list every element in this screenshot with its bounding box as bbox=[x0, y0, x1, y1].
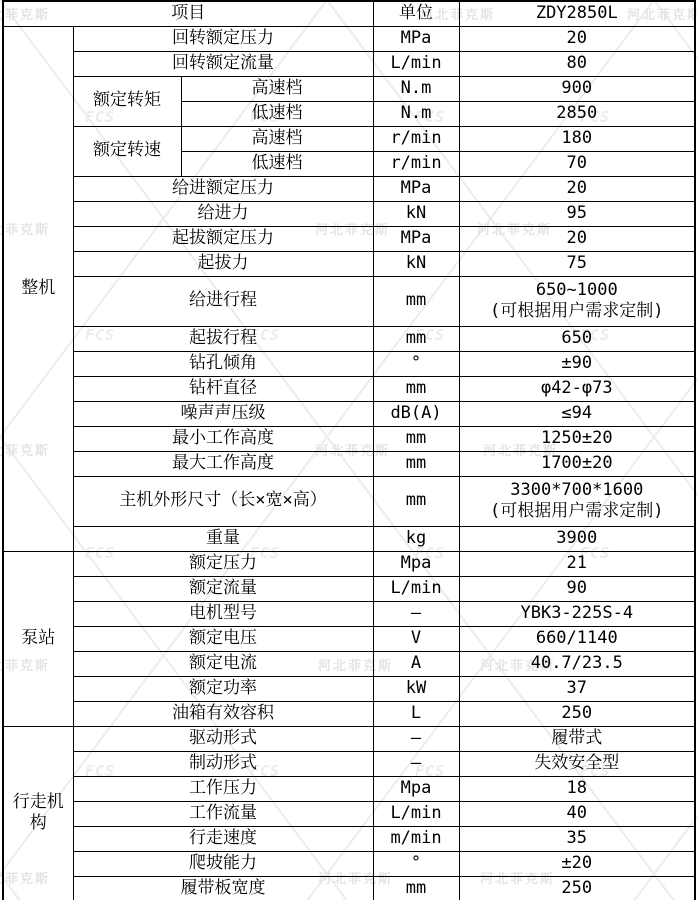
sub-item-label: 额定转矩 bbox=[73, 76, 181, 126]
item-cell: 高速档 bbox=[181, 126, 373, 151]
unit-cell: — bbox=[373, 751, 459, 776]
table-row: 主机外形尺寸（长×宽×高） mm 3300*700*1600 (可根据用户需求定… bbox=[3, 476, 695, 526]
value-cell: φ42-φ73 bbox=[459, 376, 695, 401]
table-row: 电机型号 — YBK3-225S-4 bbox=[3, 601, 695, 626]
item-cell: 给进行程 bbox=[73, 276, 373, 326]
item-cell: 噪声声压级 bbox=[73, 401, 373, 426]
table-row: 泵站 额定压力 Mpa 21 bbox=[3, 551, 695, 576]
value-cell: 80 bbox=[459, 51, 695, 76]
item-cell: 主机外形尺寸（长×宽×高） bbox=[73, 476, 373, 526]
sub-item-label: 额定转速 bbox=[73, 126, 181, 176]
value-cell: 40.7/23.5 bbox=[459, 651, 695, 676]
item-cell: 起拔额定压力 bbox=[73, 226, 373, 251]
unit-cell: m/min bbox=[373, 826, 459, 851]
value-cell: ±20 bbox=[459, 851, 695, 876]
table-row: 噪声声压级 dB(A) ≤94 bbox=[3, 401, 695, 426]
item-cell: 油箱有效容积 bbox=[73, 701, 373, 726]
value-cell: 35 bbox=[459, 826, 695, 851]
item-cell: 履带板宽度 bbox=[73, 876, 373, 900]
table-row: 起拔额定压力 MPa 20 bbox=[3, 226, 695, 251]
item-cell: 额定电压 bbox=[73, 626, 373, 651]
item-cell: 起拔力 bbox=[73, 251, 373, 276]
item-cell: 重量 bbox=[73, 526, 373, 551]
value-cell: 履带式 bbox=[459, 726, 695, 751]
value-cell: 90 bbox=[459, 576, 695, 601]
group-label: 整机 bbox=[3, 26, 73, 551]
value-cell: 650~1000 (可根据用户需求定制) bbox=[459, 276, 695, 326]
value-cell: ≤94 bbox=[459, 401, 695, 426]
table-row: 行走速度 m/min 35 bbox=[3, 826, 695, 851]
value-cell: 1250±20 bbox=[459, 426, 695, 451]
unit-cell: r/min bbox=[373, 151, 459, 176]
unit-cell: kN bbox=[373, 251, 459, 276]
table-row: 整机 回转额定压力 MPa 20 bbox=[3, 26, 695, 51]
table-row: 重量 kg 3900 bbox=[3, 526, 695, 551]
header-model: ZDY2850L bbox=[459, 1, 695, 26]
item-cell: 行走速度 bbox=[73, 826, 373, 851]
unit-cell: kN bbox=[373, 201, 459, 226]
unit-cell: MPa bbox=[373, 176, 459, 201]
unit-cell: kW bbox=[373, 676, 459, 701]
item-cell: 给进力 bbox=[73, 201, 373, 226]
table-row: 最大工作高度 mm 1700±20 bbox=[3, 451, 695, 476]
unit-cell: kg bbox=[373, 526, 459, 551]
item-cell: 低速档 bbox=[181, 101, 373, 126]
unit-cell: — bbox=[373, 726, 459, 751]
unit-cell: mm bbox=[373, 426, 459, 451]
value-cell: 失效安全型 bbox=[459, 751, 695, 776]
value-cell: 40 bbox=[459, 801, 695, 826]
value-cell: 20 bbox=[459, 26, 695, 51]
value-cell: 3300*700*1600 (可根据用户需求定制) bbox=[459, 476, 695, 526]
unit-cell: MPa bbox=[373, 226, 459, 251]
spec-table: 项目 单位 ZDY2850L 整机 回转额定压力 MPa 20 回转额定流量 L… bbox=[2, 0, 696, 900]
item-cell: 最大工作高度 bbox=[73, 451, 373, 476]
table-row: 履带板宽度 mm 250 bbox=[3, 876, 695, 900]
table-row: 工作流量 L/min 40 bbox=[3, 801, 695, 826]
unit-cell: V bbox=[373, 626, 459, 651]
value-cell: YBK3-225S-4 bbox=[459, 601, 695, 626]
table-row: 行走机构 驱动形式 — 履带式 bbox=[3, 726, 695, 751]
item-cell: 制动形式 bbox=[73, 751, 373, 776]
value-cell: 20 bbox=[459, 176, 695, 201]
value-cell: 660/1140 bbox=[459, 626, 695, 651]
table-row: 油箱有效容积 L 250 bbox=[3, 701, 695, 726]
item-cell: 爬坡能力 bbox=[73, 851, 373, 876]
item-cell: 额定流量 bbox=[73, 576, 373, 601]
unit-cell: — bbox=[373, 601, 459, 626]
value-cell: 75 bbox=[459, 251, 695, 276]
group-label: 泵站 bbox=[3, 551, 73, 726]
item-cell: 额定功率 bbox=[73, 676, 373, 701]
value-cell: 3900 bbox=[459, 526, 695, 551]
unit-cell: N.m bbox=[373, 101, 459, 126]
item-cell: 钻杆直径 bbox=[73, 376, 373, 401]
table-row: 给进行程 mm 650~1000 (可根据用户需求定制) bbox=[3, 276, 695, 326]
value-cell: 70 bbox=[459, 151, 695, 176]
table-row: 钻杆直径 mm φ42-φ73 bbox=[3, 376, 695, 401]
unit-cell: N.m bbox=[373, 76, 459, 101]
unit-cell: mm bbox=[373, 451, 459, 476]
unit-cell: L/min bbox=[373, 576, 459, 601]
unit-cell: ° bbox=[373, 351, 459, 376]
item-cell: 最小工作高度 bbox=[73, 426, 373, 451]
table-row: 给进额定压力 MPa 20 bbox=[3, 176, 695, 201]
unit-cell: r/min bbox=[373, 126, 459, 151]
unit-cell: L/min bbox=[373, 51, 459, 76]
table-row: 钻孔倾角 ° ±90 bbox=[3, 351, 695, 376]
item-cell: 回转额定流量 bbox=[73, 51, 373, 76]
group-label: 行走机构 bbox=[3, 726, 73, 900]
unit-cell: mm bbox=[373, 376, 459, 401]
item-cell: 额定电流 bbox=[73, 651, 373, 676]
unit-cell: mm bbox=[373, 326, 459, 351]
table-row: 额定转矩 高速档 N.m 900 bbox=[3, 76, 695, 101]
unit-cell: L bbox=[373, 701, 459, 726]
value-cell: 21 bbox=[459, 551, 695, 576]
header-row: 项目 单位 ZDY2850L bbox=[3, 1, 695, 26]
unit-cell: mm bbox=[373, 276, 459, 326]
table-row: 额定电流 A 40.7/23.5 bbox=[3, 651, 695, 676]
value-cell: 650 bbox=[459, 326, 695, 351]
table-row: 额定流量 L/min 90 bbox=[3, 576, 695, 601]
unit-cell: ° bbox=[373, 851, 459, 876]
table-row: 最小工作高度 mm 1250±20 bbox=[3, 426, 695, 451]
item-cell: 工作压力 bbox=[73, 776, 373, 801]
value-cell: 95 bbox=[459, 201, 695, 226]
table-row: 额定转速 高速档 r/min 180 bbox=[3, 126, 695, 151]
table-row: 爬坡能力 ° ±20 bbox=[3, 851, 695, 876]
unit-cell: Mpa bbox=[373, 776, 459, 801]
value-cell: 1700±20 bbox=[459, 451, 695, 476]
value-cell: 250 bbox=[459, 701, 695, 726]
unit-cell: mm bbox=[373, 476, 459, 526]
item-cell: 低速档 bbox=[181, 151, 373, 176]
item-cell: 起拔行程 bbox=[73, 326, 373, 351]
table-row: 额定功率 kW 37 bbox=[3, 676, 695, 701]
item-cell: 电机型号 bbox=[73, 601, 373, 626]
unit-cell: MPa bbox=[373, 26, 459, 51]
table-row: 工作压力 Mpa 18 bbox=[3, 776, 695, 801]
table-row: 回转额定流量 L/min 80 bbox=[3, 51, 695, 76]
item-cell: 额定压力 bbox=[73, 551, 373, 576]
value-cell: 2850 bbox=[459, 101, 695, 126]
table-row: 额定电压 V 660/1140 bbox=[3, 626, 695, 651]
unit-cell: L/min bbox=[373, 801, 459, 826]
item-cell: 工作流量 bbox=[73, 801, 373, 826]
value-cell: 20 bbox=[459, 226, 695, 251]
table-row: 制动形式 — 失效安全型 bbox=[3, 751, 695, 776]
value-cell: 250 bbox=[459, 876, 695, 900]
item-cell: 高速档 bbox=[181, 76, 373, 101]
item-cell: 驱动形式 bbox=[73, 726, 373, 751]
value-cell: 180 bbox=[459, 126, 695, 151]
value-cell: ±90 bbox=[459, 351, 695, 376]
item-cell: 钻孔倾角 bbox=[73, 351, 373, 376]
unit-cell: dB(A) bbox=[373, 401, 459, 426]
value-cell: 37 bbox=[459, 676, 695, 701]
table-row: 起拔力 kN 75 bbox=[3, 251, 695, 276]
value-cell: 18 bbox=[459, 776, 695, 801]
table-row: 起拔行程 mm 650 bbox=[3, 326, 695, 351]
table-row: 给进力 kN 95 bbox=[3, 201, 695, 226]
unit-cell: Mpa bbox=[373, 551, 459, 576]
item-cell: 回转额定压力 bbox=[73, 26, 373, 51]
item-cell: 给进额定压力 bbox=[73, 176, 373, 201]
unit-cell: mm bbox=[373, 876, 459, 900]
header-item: 项目 bbox=[3, 1, 373, 26]
unit-cell: A bbox=[373, 651, 459, 676]
header-unit: 单位 bbox=[373, 1, 459, 26]
value-cell: 900 bbox=[459, 76, 695, 101]
